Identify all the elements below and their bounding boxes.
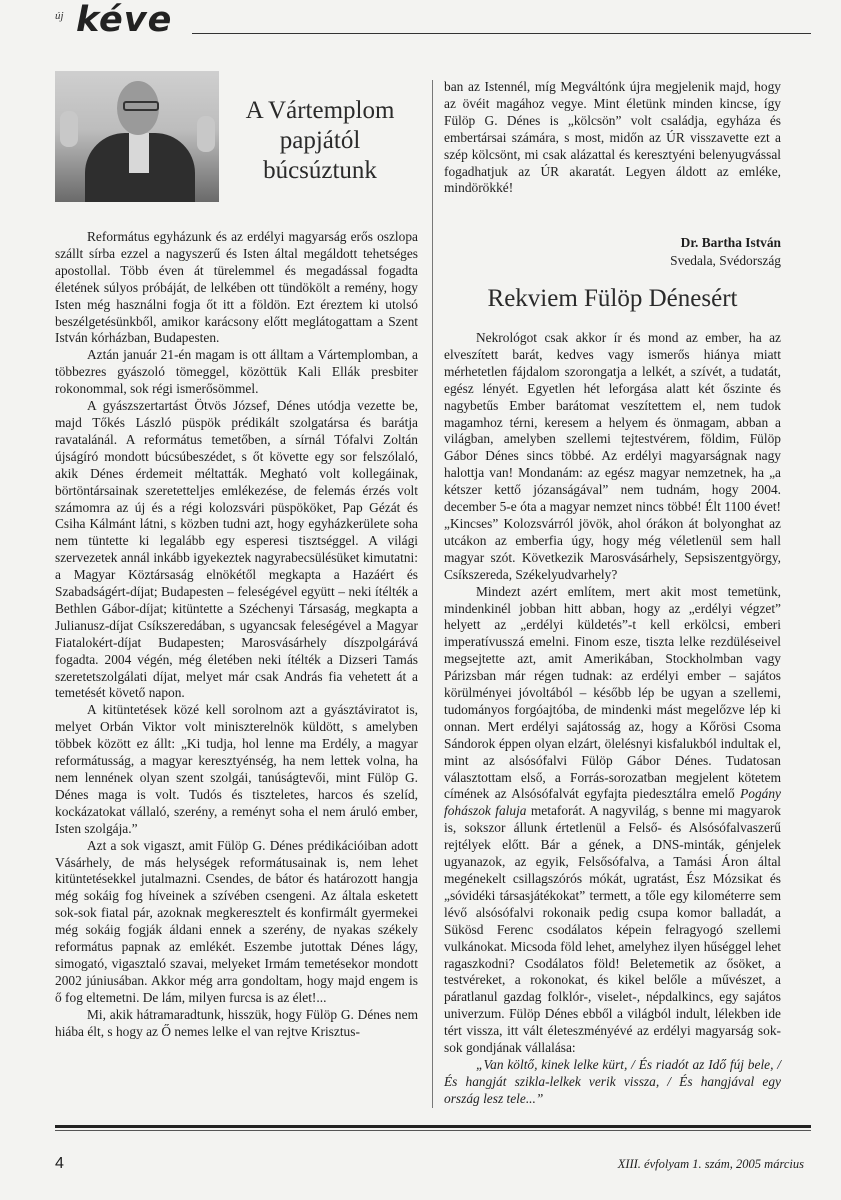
paragraph: Mindezt azért említem, mert akit most te…: [444, 584, 781, 1057]
article1-title: A Vártemplom papjától búcsúztunk: [222, 96, 418, 186]
paragraph: Azt a sok vigaszt, amit Fülöp G. Dénes p…: [55, 838, 418, 1007]
header-rule: [192, 33, 811, 34]
photo-figure-collar: [129, 133, 149, 173]
masthead-title: kéve: [76, 0, 172, 40]
author-location: Svedala, Svédország: [444, 252, 781, 269]
masthead-prefix: új: [55, 10, 64, 22]
paragraph-text: metaforát. A nagyvilág, s benne mi magya…: [444, 803, 781, 1055]
article2-body: Nekrológot csak akkor ír és mond az embe…: [444, 330, 781, 1108]
column-divider: [432, 80, 433, 1108]
photo-figure-hand-right: [197, 116, 215, 152]
article1-continuation: ban az Istennél, míg Megváltónk újra meg…: [444, 79, 781, 197]
paragraph: Református egyházunk és az erdélyi magya…: [55, 229, 418, 347]
paragraph: ban az Istennél, míg Megváltónk újra meg…: [444, 79, 781, 197]
paragraph: Nekrológot csak akkor ír és mond az embe…: [444, 330, 781, 584]
paragraph-text: Mindezt azért említem, mert akit most te…: [444, 584, 781, 802]
footer-rule-thick: [55, 1125, 811, 1128]
paragraph: A gyászszertartást Ötvös József, Dénes u…: [55, 398, 418, 702]
issue-info: XIII. évfolyam 1. szám, 2005 március: [618, 1157, 804, 1172]
article1-body: Református egyházunk és az erdélyi magya…: [55, 229, 418, 1041]
photo-figure-hand-left: [60, 111, 78, 147]
paragraph: Aztán január 21-én magam is ott álltam a…: [55, 347, 418, 398]
author-name: Dr. Bartha István: [444, 234, 781, 251]
footer-rule-thin: [55, 1130, 811, 1131]
photo-figure-glasses: [123, 101, 159, 111]
paragraph: A kitüntetések közé kell sorolnom azt a …: [55, 702, 418, 837]
article2-title: Rekviem Fülöp Dénesért: [444, 285, 781, 313]
paragraph: Mi, akik hátramaradtunk, hisszük, hogy F…: [55, 1007, 418, 1041]
portrait-photo: [55, 71, 219, 202]
page-number: 4: [55, 1155, 64, 1173]
poem-quote: „Van költő, kinek lelke kürt, / És riadó…: [444, 1057, 781, 1108]
